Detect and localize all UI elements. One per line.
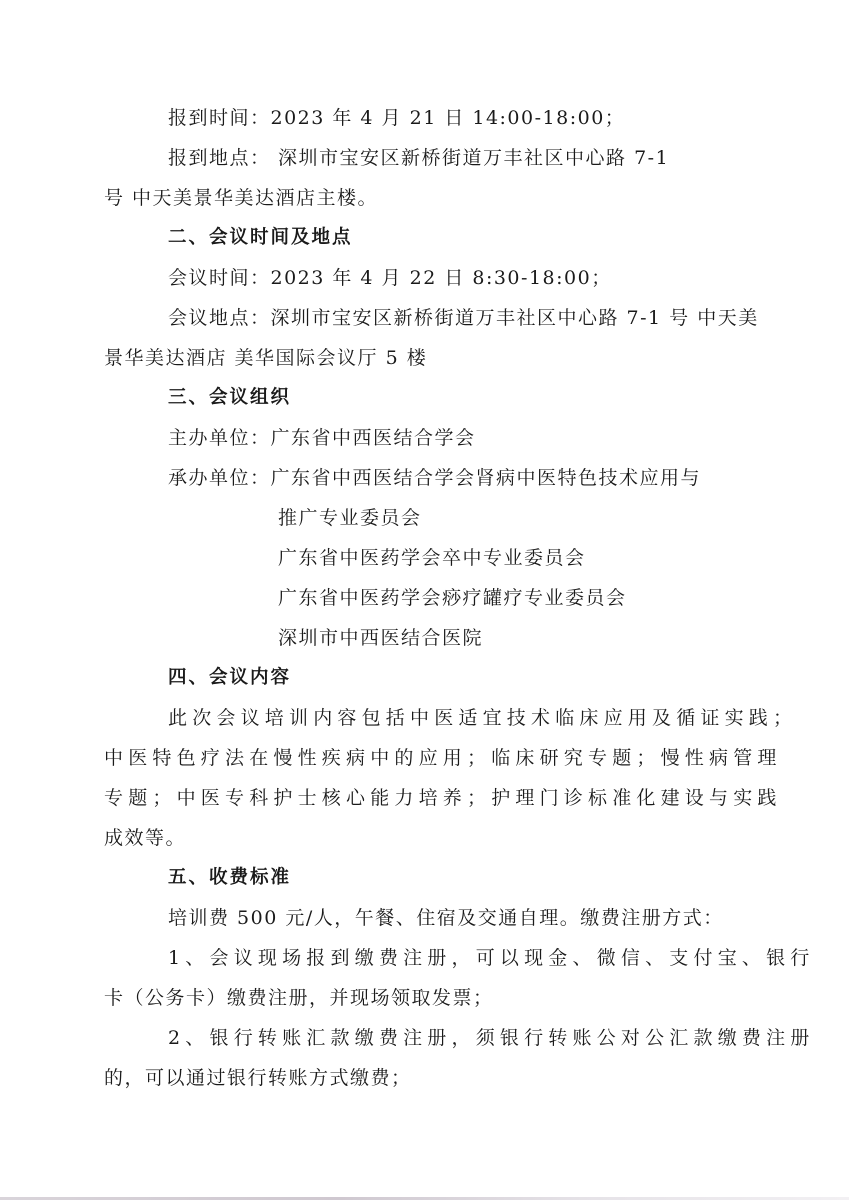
content-para-line2: 中医特色疗法在慢性疾病中的应用；临床研究专题；慢性病管理: [104, 746, 782, 770]
document-page: 报到时间：2023 年 4 月 21 日 14:00-18:00； 报到地点： …: [0, 0, 849, 1200]
section-heading-content: 四、会议内容: [168, 666, 291, 690]
content-para-line3: 专题；中医专科护士核心能力培养；护理门诊标准化建设与实践: [104, 786, 782, 810]
payment-method-2-line2: 的，可以通过银行转账方式缴费；: [104, 1066, 412, 1090]
payment-method-1-line1: 1、会议现场报到缴费注册，可以现金、微信、支付宝、银行: [168, 946, 815, 970]
content-para-line1: 此次会议培训内容包括中医适宜技术临床应用及循证实践；: [168, 706, 797, 730]
registration-place-line1: 报到地点： 深圳市宝安区新桥街道万丰社区中心路 7-1: [168, 146, 669, 170]
organizer-unit-line5: 深圳市中西医结合医院: [278, 626, 483, 650]
meeting-place-line1: 会议地点：深圳市宝安区新桥街道万丰社区中心路 7-1 号 中天美: [168, 306, 759, 330]
payment-method-2-line1: 2、银行转账汇款缴费注册，须银行转账公对公汇款缴费注册: [168, 1026, 815, 1050]
organizer-unit-line3: 广东省中医药学会卒中专业委员会: [278, 546, 586, 570]
organizer-unit-line4: 广东省中医药学会痧疗罐疗专业委员会: [278, 586, 627, 610]
section-heading-organization: 三、会议组织: [168, 386, 291, 410]
registration-place-line2: 号 中天美景华美达酒店主楼。: [104, 186, 378, 210]
meeting-place-line2: 景华美达酒店 美华国际会议厅 5 楼: [104, 346, 427, 370]
registration-time: 报到时间：2023 年 4 月 21 日 14:00-18:00；: [168, 106, 625, 130]
organizer-unit-line2: 推广专业委员会: [278, 506, 422, 530]
section-heading-time-place: 二、会议时间及地点: [168, 226, 353, 250]
meeting-time: 会议时间：2023 年 4 月 22 日 8:30-18:00；: [168, 266, 612, 290]
fee-line: 培训费 500 元/人，午餐、住宿及交通自理。缴费注册方式：: [168, 906, 724, 930]
content-para-line4: 成效等。: [104, 826, 186, 850]
host-unit: 主办单位：广东省中西医结合学会: [168, 426, 476, 450]
payment-method-1-line2: 卡（公务卡）缴费注册，并现场领取发票；: [104, 986, 494, 1010]
organizer-unit-line1: 承办单位：广东省中西医结合学会肾病中医特色技术应用与: [168, 466, 701, 490]
section-heading-fees: 五、收费标准: [168, 866, 291, 890]
